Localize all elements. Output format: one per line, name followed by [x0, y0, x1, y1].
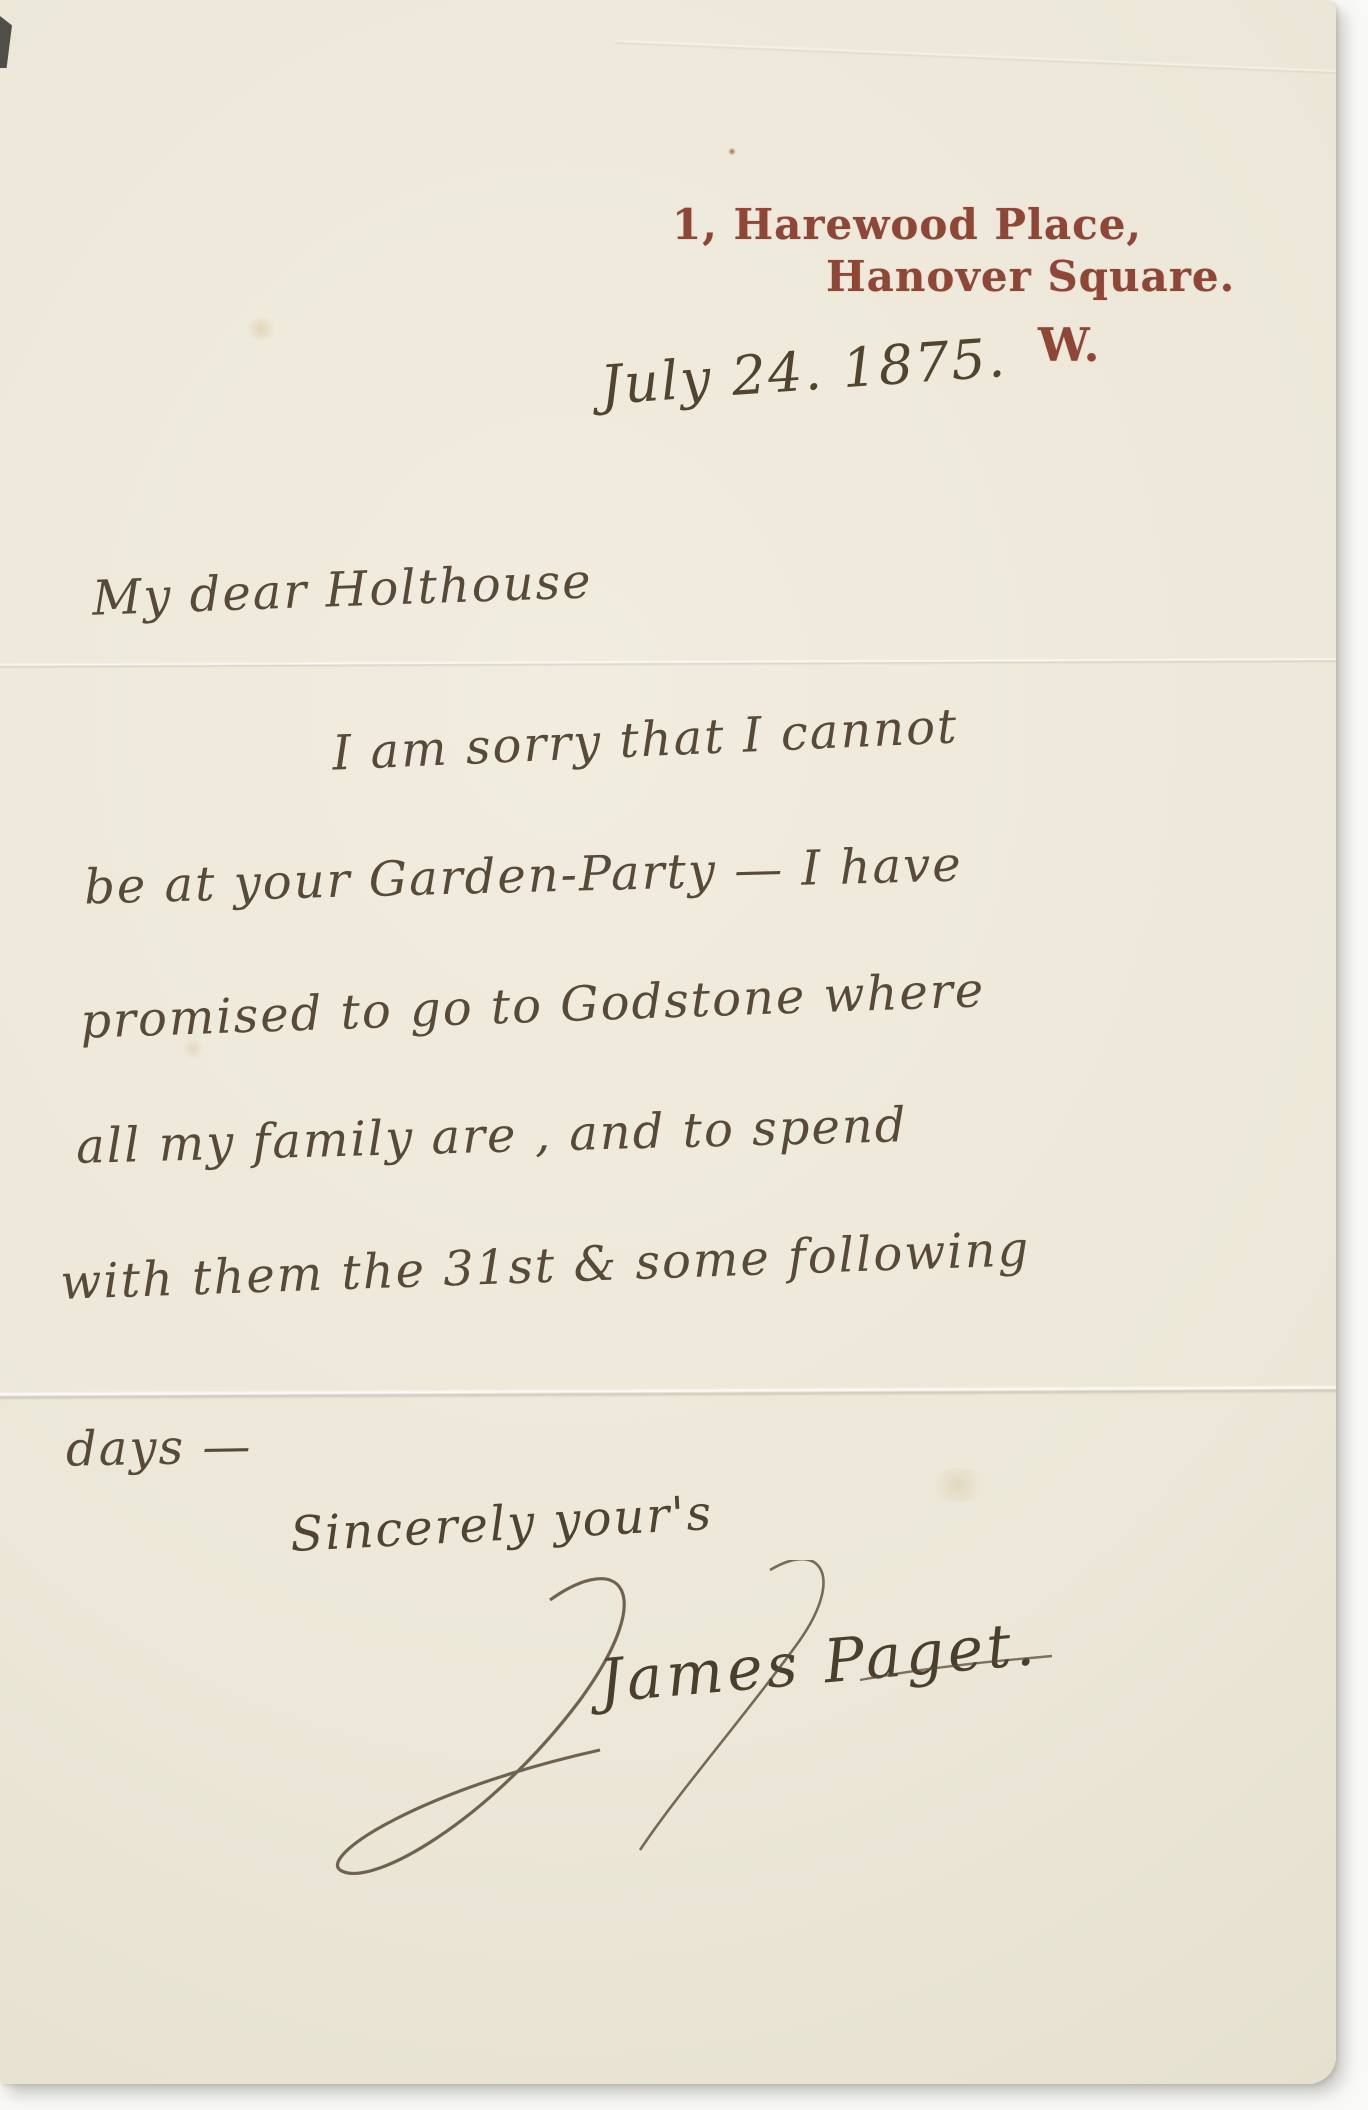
body-line: all my family are , and to spend	[75, 1097, 908, 1175]
body-line: be at your Garden-Party — I have	[83, 837, 963, 916]
signature-flourish	[300, 1560, 1060, 1920]
body-line: I am sorry that I cannot	[331, 698, 959, 781]
scan-edge-artifact	[0, 16, 12, 68]
body-line: promised to go to Godstone where	[79, 962, 986, 1050]
body-line: with them the 31st & some following	[59, 1221, 1031, 1311]
letter-paper: 1, Harewood Place, Hanover Square. W. Ju…	[0, 0, 1336, 2084]
paper-crease-lower	[0, 1385, 1336, 1401]
letterhead-address-line1: 1, Harewood Place,	[672, 200, 1142, 249]
handwritten-date: July 24. 1875.	[598, 326, 1008, 417]
body-line: days —	[66, 1418, 253, 1477]
paper-crease-middle	[0, 657, 1336, 669]
closing-line: Sincerely your's	[289, 1485, 715, 1563]
salutation: My dear Holthouse	[91, 553, 593, 626]
signature: James Paget.	[596, 1609, 1041, 1717]
paper-stain	[928, 1468, 988, 1502]
paper-crease-top	[615, 39, 1336, 75]
letterhead-address-line2: Hanover Square.	[826, 252, 1235, 301]
letterhead-postal-district: W.	[1038, 318, 1101, 372]
paper-stain	[244, 318, 278, 340]
ink-speck	[728, 148, 736, 155]
